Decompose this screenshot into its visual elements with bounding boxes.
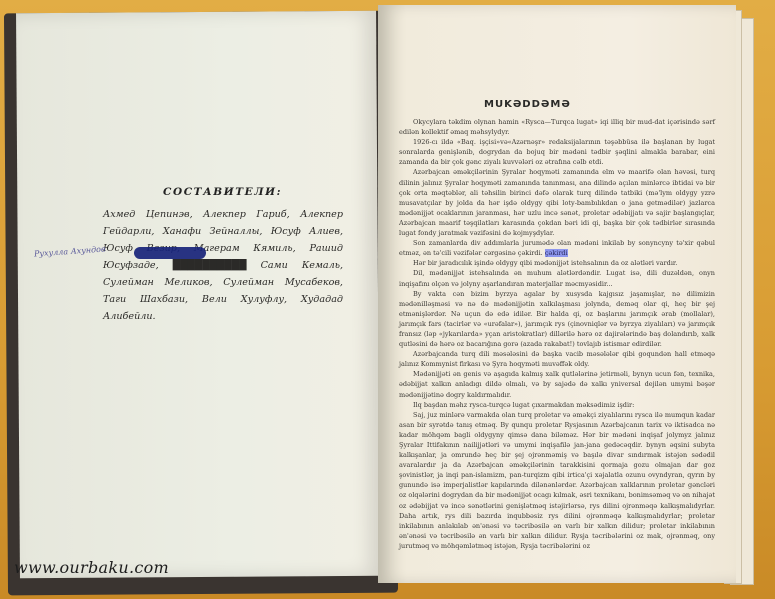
watermark: www.ourbaku.com	[14, 558, 169, 577]
paragraph: Dil, mədənijjət istehsalında ən muhum al…	[399, 268, 715, 288]
paragraph: Okycylara təkdim olynan hamin «Rysca—Tur…	[399, 117, 715, 137]
compilers-heading: СОСТАВИТЕЛИ:	[163, 186, 282, 198]
page-title: MUKƏDDƏMƏ	[484, 99, 571, 110]
paragraph: Son zamanlarda div addımlarla jurumədə o…	[399, 238, 715, 258]
compilers-list: Ахмед Цепинэв, Алекпер Гариб, Алекпер Ге…	[103, 206, 343, 325]
paragraph: Mədənijjəti ən genis və aşagıda kalmış x…	[399, 369, 715, 399]
paragraph: Azərbajcanda turq dili məsələsini də baş…	[399, 349, 715, 369]
paragraph: By vakta cən bizim byrzya agalar by xusy…	[399, 289, 715, 350]
paragraph: 1926-cı ildə «Baq. işçisi»və«Azərnəşr» r…	[399, 137, 715, 167]
highlighted-phrase: çəkirdi	[545, 249, 568, 257]
paragraph: Hər bir jaradıcılık işində oldygy qibi m…	[399, 258, 715, 268]
paragraph: Ilq başdan məhz rysca-turqcə lugat çıxar…	[399, 400, 715, 410]
redaction-mark	[134, 247, 206, 259]
introduction-text: Okycylara təkdim olynan hamin «Rysca—Tur…	[399, 117, 715, 551]
paragraph: Saj, juz minlərə varmakda olan turq prol…	[399, 410, 715, 551]
paragraph: Azərbajcan əməkçilərinin Şyralar hoqymət…	[399, 167, 715, 238]
